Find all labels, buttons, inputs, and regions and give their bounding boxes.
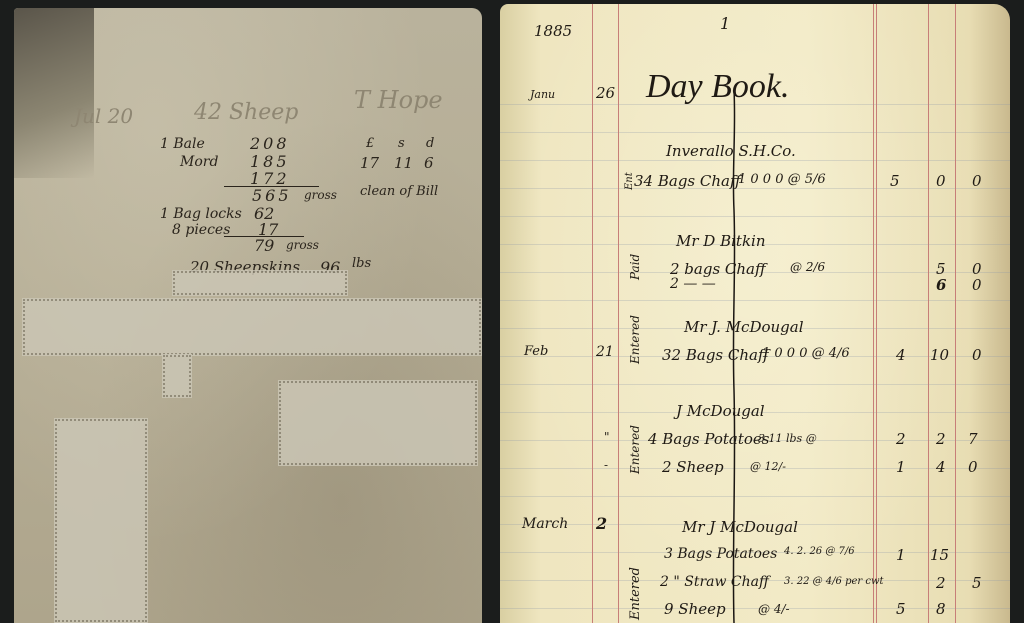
line-detail: 4. 2. 26 @ 7/6 [784, 546, 855, 557]
entry-month: March [522, 516, 568, 532]
line-desc: 9 Sheep [664, 600, 726, 618]
line-detail: @ 2/6 [790, 260, 825, 274]
shillings: 6 [936, 276, 946, 294]
entry-customer: Mr D Bitkin [676, 232, 766, 250]
page-title: Day Book. [646, 68, 790, 106]
pounds: 1 [896, 458, 906, 476]
entry-month: Janu [530, 88, 555, 101]
pounds: 2 [896, 430, 906, 448]
line-detail: @ 12/- [750, 460, 786, 473]
pence-header: d [426, 136, 434, 151]
entry-status: Entered [628, 315, 642, 364]
year: 1885 [534, 22, 572, 40]
calc1-unit: gross [304, 188, 337, 202]
entry-day: 2 [596, 514, 607, 533]
stamp-strip [172, 270, 348, 296]
calc1-label1: 1 Bale [160, 136, 205, 152]
pence: 7 [968, 430, 978, 448]
calc1-total: 565 [252, 186, 292, 205]
pounds: 1 [896, 546, 906, 564]
calc2-total: 79 [254, 236, 274, 255]
pence: 5 [972, 574, 982, 592]
pence: 0 [968, 458, 978, 476]
stamp-strip [162, 354, 192, 398]
entry-customer: Mr J. McDougal [684, 318, 804, 336]
pounds: 5 [890, 172, 900, 190]
entry-day: 26 [596, 84, 615, 102]
line-desc: 4 Bags Potatoes [648, 430, 769, 448]
entry-day: 21 [596, 344, 614, 360]
entry-customer: Inverallo S.H.Co. [666, 142, 796, 160]
day-book-page: 1885 1 Day Book. Janu 26 Inverallo S.H.C… [500, 4, 1010, 623]
pence: 0 [972, 276, 982, 294]
line-desc: 3 Bags Potatoes [664, 546, 777, 562]
shillings: 8 [936, 600, 946, 618]
entry-customer: Mr J McDougal [682, 518, 798, 536]
shillings: 0 [936, 172, 946, 190]
calc1-label2: Mord [180, 154, 218, 170]
line-detail: 3. 22 @ 4/6 per cwt [784, 576, 884, 587]
pounds: 4 [896, 346, 906, 364]
line-desc: 2 Sheep [662, 458, 724, 476]
shillings: 2 [936, 574, 946, 592]
line-desc: 2 — — [670, 276, 716, 292]
ditto-mark: " [604, 430, 610, 444]
amount-shillings: 11 [394, 154, 413, 172]
calc1-val1: 208 [250, 134, 290, 153]
pence: 0 [972, 172, 982, 190]
pounds-header: £ [366, 136, 374, 151]
page-number: 1 [720, 14, 730, 33]
line-desc: 34 Bags Chaff [634, 172, 741, 190]
calc2-label2: 8 pieces [172, 222, 230, 238]
line-desc: 32 Bags Chaff [662, 346, 769, 364]
entry-status: Entered [628, 567, 643, 620]
shillings: 10 [930, 346, 949, 364]
sheepskins-unit: lbs [352, 256, 371, 271]
stamp-strip [22, 298, 482, 356]
calc2-unit: gross [286, 238, 319, 252]
shillings: 2 [936, 430, 946, 448]
stamp-strip [54, 418, 148, 623]
line-detail: 3 11 lbs @ [758, 432, 817, 445]
pence: 0 [972, 346, 982, 364]
line-detail: 1 0 0 0 @ 4/6 [762, 346, 850, 361]
ditto-mark: - [604, 458, 608, 472]
entry-month: Feb [524, 344, 548, 359]
calc2-label1: 1 Bag locks [160, 206, 242, 222]
amount-pence: 6 [424, 154, 434, 172]
amount-pounds: 17 [360, 154, 379, 172]
pounds: 5 [896, 600, 906, 618]
torn-corner [14, 8, 94, 178]
inside-cover-page: Jul 20 42 Sheep T Hope 1 Bale 208 Mord 1… [14, 8, 482, 623]
faint-name: T Hope [354, 86, 443, 114]
stamp-strip [278, 380, 478, 466]
entry-status: Paid [628, 254, 642, 280]
faint-sheep-note: 42 Sheep [194, 100, 298, 125]
shillings-header: s [398, 136, 405, 151]
line-detail: 1 0 0 0 @ 5/6 [738, 172, 826, 187]
line-detail: @ 4/- [758, 602, 790, 616]
shillings: 4 [936, 458, 946, 476]
line-desc: 2 " Straw Chaff [660, 574, 769, 590]
entry-customer: J McDougal [676, 402, 765, 420]
entry-status: Entered [628, 425, 642, 474]
clean-of-bill-note: clean of Bill [360, 184, 438, 199]
faint-date: Jul 20 [74, 104, 133, 128]
shillings: 15 [930, 546, 949, 564]
